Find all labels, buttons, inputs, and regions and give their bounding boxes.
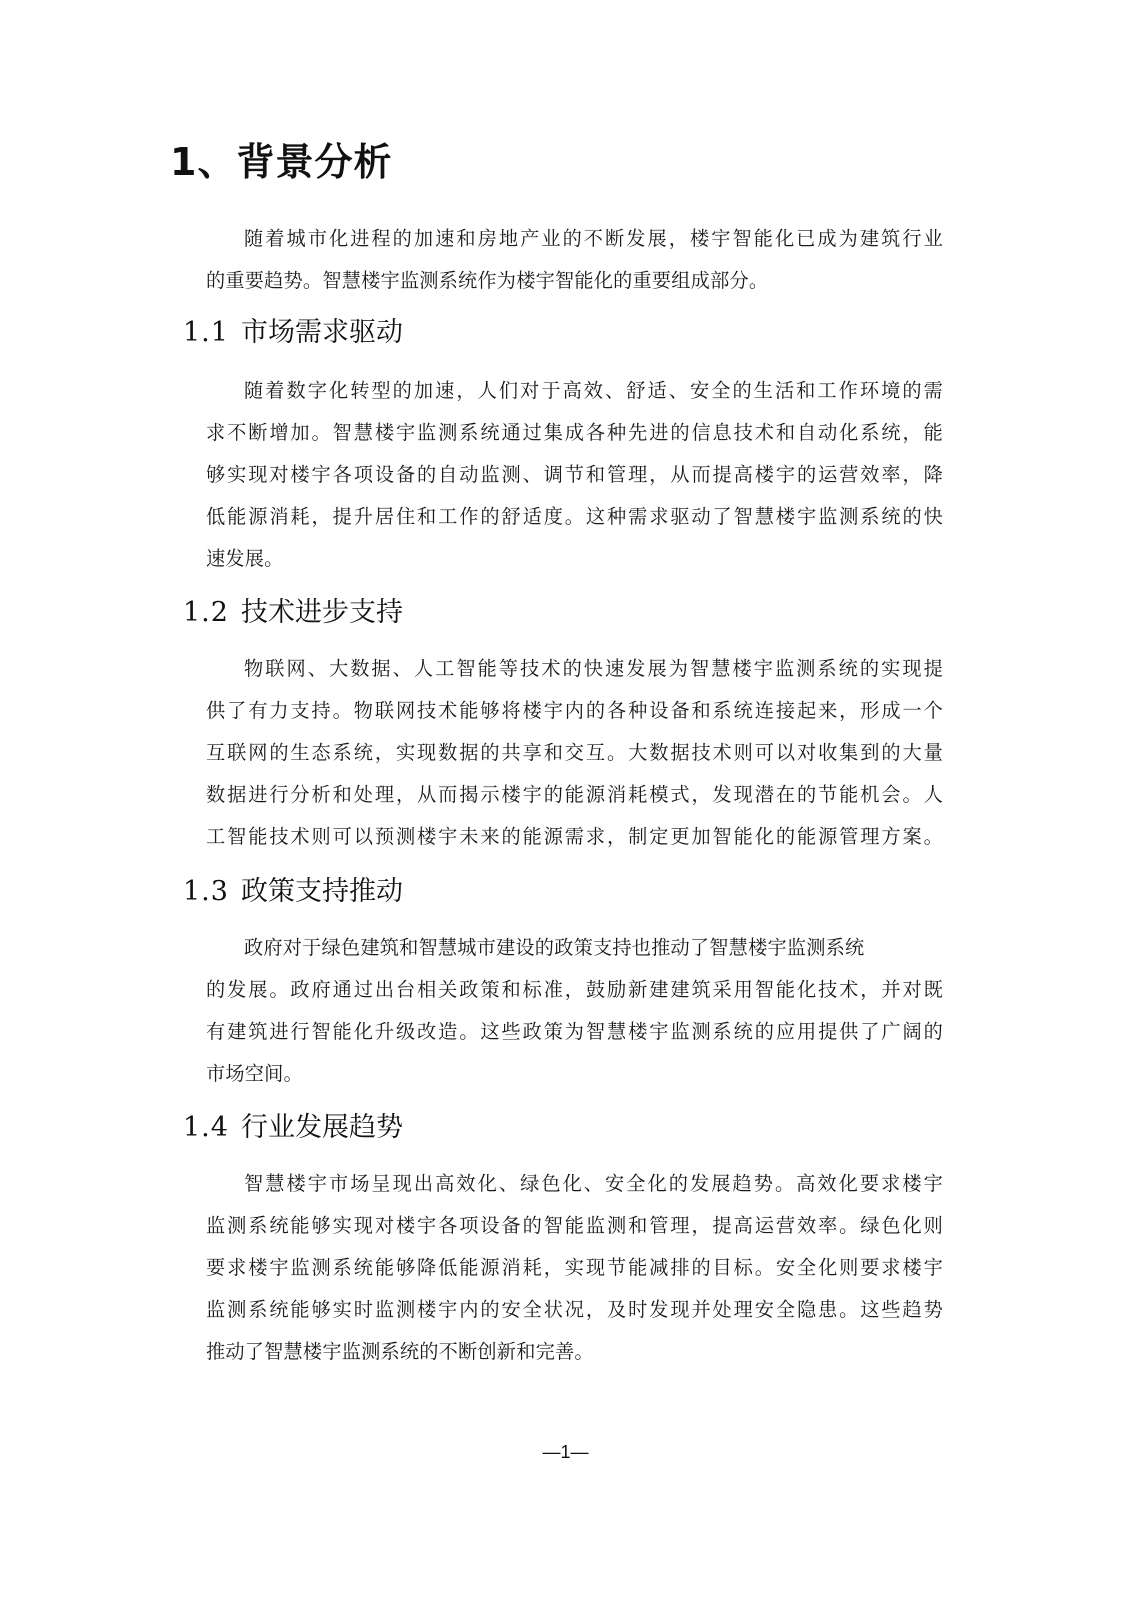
section-heading-1-3: 1.3政策支持推动 [183, 874, 403, 910]
paragraph-line: 随着数字化转型的加速，人们对于高效、舒适、安全的生活和工作环境的需 [168, 370, 943, 412]
page-number: —1— [0, 1442, 1131, 1463]
paragraph-line: 低能源消耗，提升居住和工作的舒适度。这种需求驱动了智慧楼宇监测系统的快 [168, 496, 943, 538]
paragraph-line: 监测系统能够实时监测楼宇内的安全状况，及时发现并处理安全隐患。这些趋势 [168, 1289, 943, 1331]
section-number: 1.1 [183, 317, 229, 348]
paragraph-line: 够实现对楼宇各项设备的自动监测、调节和管理，从而提高楼宇的运营效率，降 [168, 454, 943, 496]
section-heading-1-2: 1.2技术进步支持 [183, 595, 403, 631]
document-page: 1、背景分析 随着城市化进程的加速和房地产业的不断发展，楼宇智能化已成为建筑行业… [0, 0, 1131, 1600]
paragraph-line: 随着城市化进程的加速和房地产业的不断发展，楼宇智能化已成为建筑行业 [168, 218, 943, 260]
section-number: 1.3 [183, 876, 229, 907]
section-number: 1.4 [183, 1112, 229, 1143]
paragraph-line: 互联网的生态系统，实现数据的共享和交互。大数据技术则可以对收集到的大量 [168, 732, 943, 774]
paragraph-line: 有建筑进行智能化升级改造。这些政策为智慧楼宇监测系统的应用提供了广阔的 [168, 1011, 943, 1053]
section-title: 行业发展趋势 [241, 1112, 403, 1143]
section-paragraph-1-3: 政府对于绿色建筑和智慧城市建设的政策支持也推动了智慧楼宇监测系统 的发展。政府通… [168, 927, 943, 1095]
section-paragraph-1-4: 智慧楼宇市场呈现出高效化、绿色化、安全化的发展趋势。高效化要求楼宇 监测系统能够… [168, 1163, 943, 1373]
paragraph-line: 供了有力支持。物联网技术能够将楼宇内的各种设备和系统连接起来，形成一个 [168, 690, 943, 732]
section-title: 技术进步支持 [241, 597, 403, 628]
section-heading-1-4: 1.4行业发展趋势 [183, 1110, 403, 1146]
section-title: 市场需求驱动 [241, 317, 403, 348]
section-number: 1.2 [183, 597, 229, 628]
chapter-title: 1、背景分析 [170, 138, 392, 186]
section-heading-1-1: 1.1市场需求驱动 [183, 315, 403, 351]
paragraph-line: 速发展。 [168, 538, 943, 580]
paragraph-line: 物联网、大数据、人工智能等技术的快速发展为智慧楼宇监测系统的实现提 [168, 648, 943, 690]
paragraph-line: 数据进行分析和处理，从而揭示楼宇的能源消耗模式，发现潜在的节能机会。人 [168, 774, 943, 816]
paragraph-line: 的发展。政府通过出台相关政策和标准，鼓励新建建筑采用智能化技术，并对既 [168, 969, 943, 1011]
paragraph-line: 政府对于绿色建筑和智慧城市建设的政策支持也推动了智慧楼宇监测系统 [168, 927, 943, 969]
intro-paragraph: 随着城市化进程的加速和房地产业的不断发展，楼宇智能化已成为建筑行业 的重要趋势。… [168, 218, 943, 302]
section-title: 政策支持推动 [241, 876, 403, 907]
paragraph-line: 的重要趋势。智慧楼宇监测系统作为楼宇智能化的重要组成部分。 [168, 260, 943, 302]
section-paragraph-1-1: 随着数字化转型的加速，人们对于高效、舒适、安全的生活和工作环境的需 求不断增加。… [168, 370, 943, 580]
paragraph-line: 推动了智慧楼宇监测系统的不断创新和完善。 [168, 1331, 943, 1373]
paragraph-line: 工智能技术则可以预测楼宇未来的能源需求，制定更加智能化的能源管理方案。 [168, 816, 943, 858]
paragraph-line: 求不断增加。智慧楼宇监测系统通过集成各种先进的信息技术和自动化系统，能 [168, 412, 943, 454]
paragraph-line: 要求楼宇监测系统能够降低能源消耗，实现节能减排的目标。安全化则要求楼宇 [168, 1247, 943, 1289]
paragraph-line: 市场空间。 [168, 1053, 943, 1095]
paragraph-line: 监测系统能够实现对楼宇各项设备的智能监测和管理，提高运营效率。绿色化则 [168, 1205, 943, 1247]
paragraph-line: 智慧楼宇市场呈现出高效化、绿色化、安全化的发展趋势。高效化要求楼宇 [168, 1163, 943, 1205]
section-paragraph-1-2: 物联网、大数据、人工智能等技术的快速发展为智慧楼宇监测系统的实现提 供了有力支持… [168, 648, 943, 858]
